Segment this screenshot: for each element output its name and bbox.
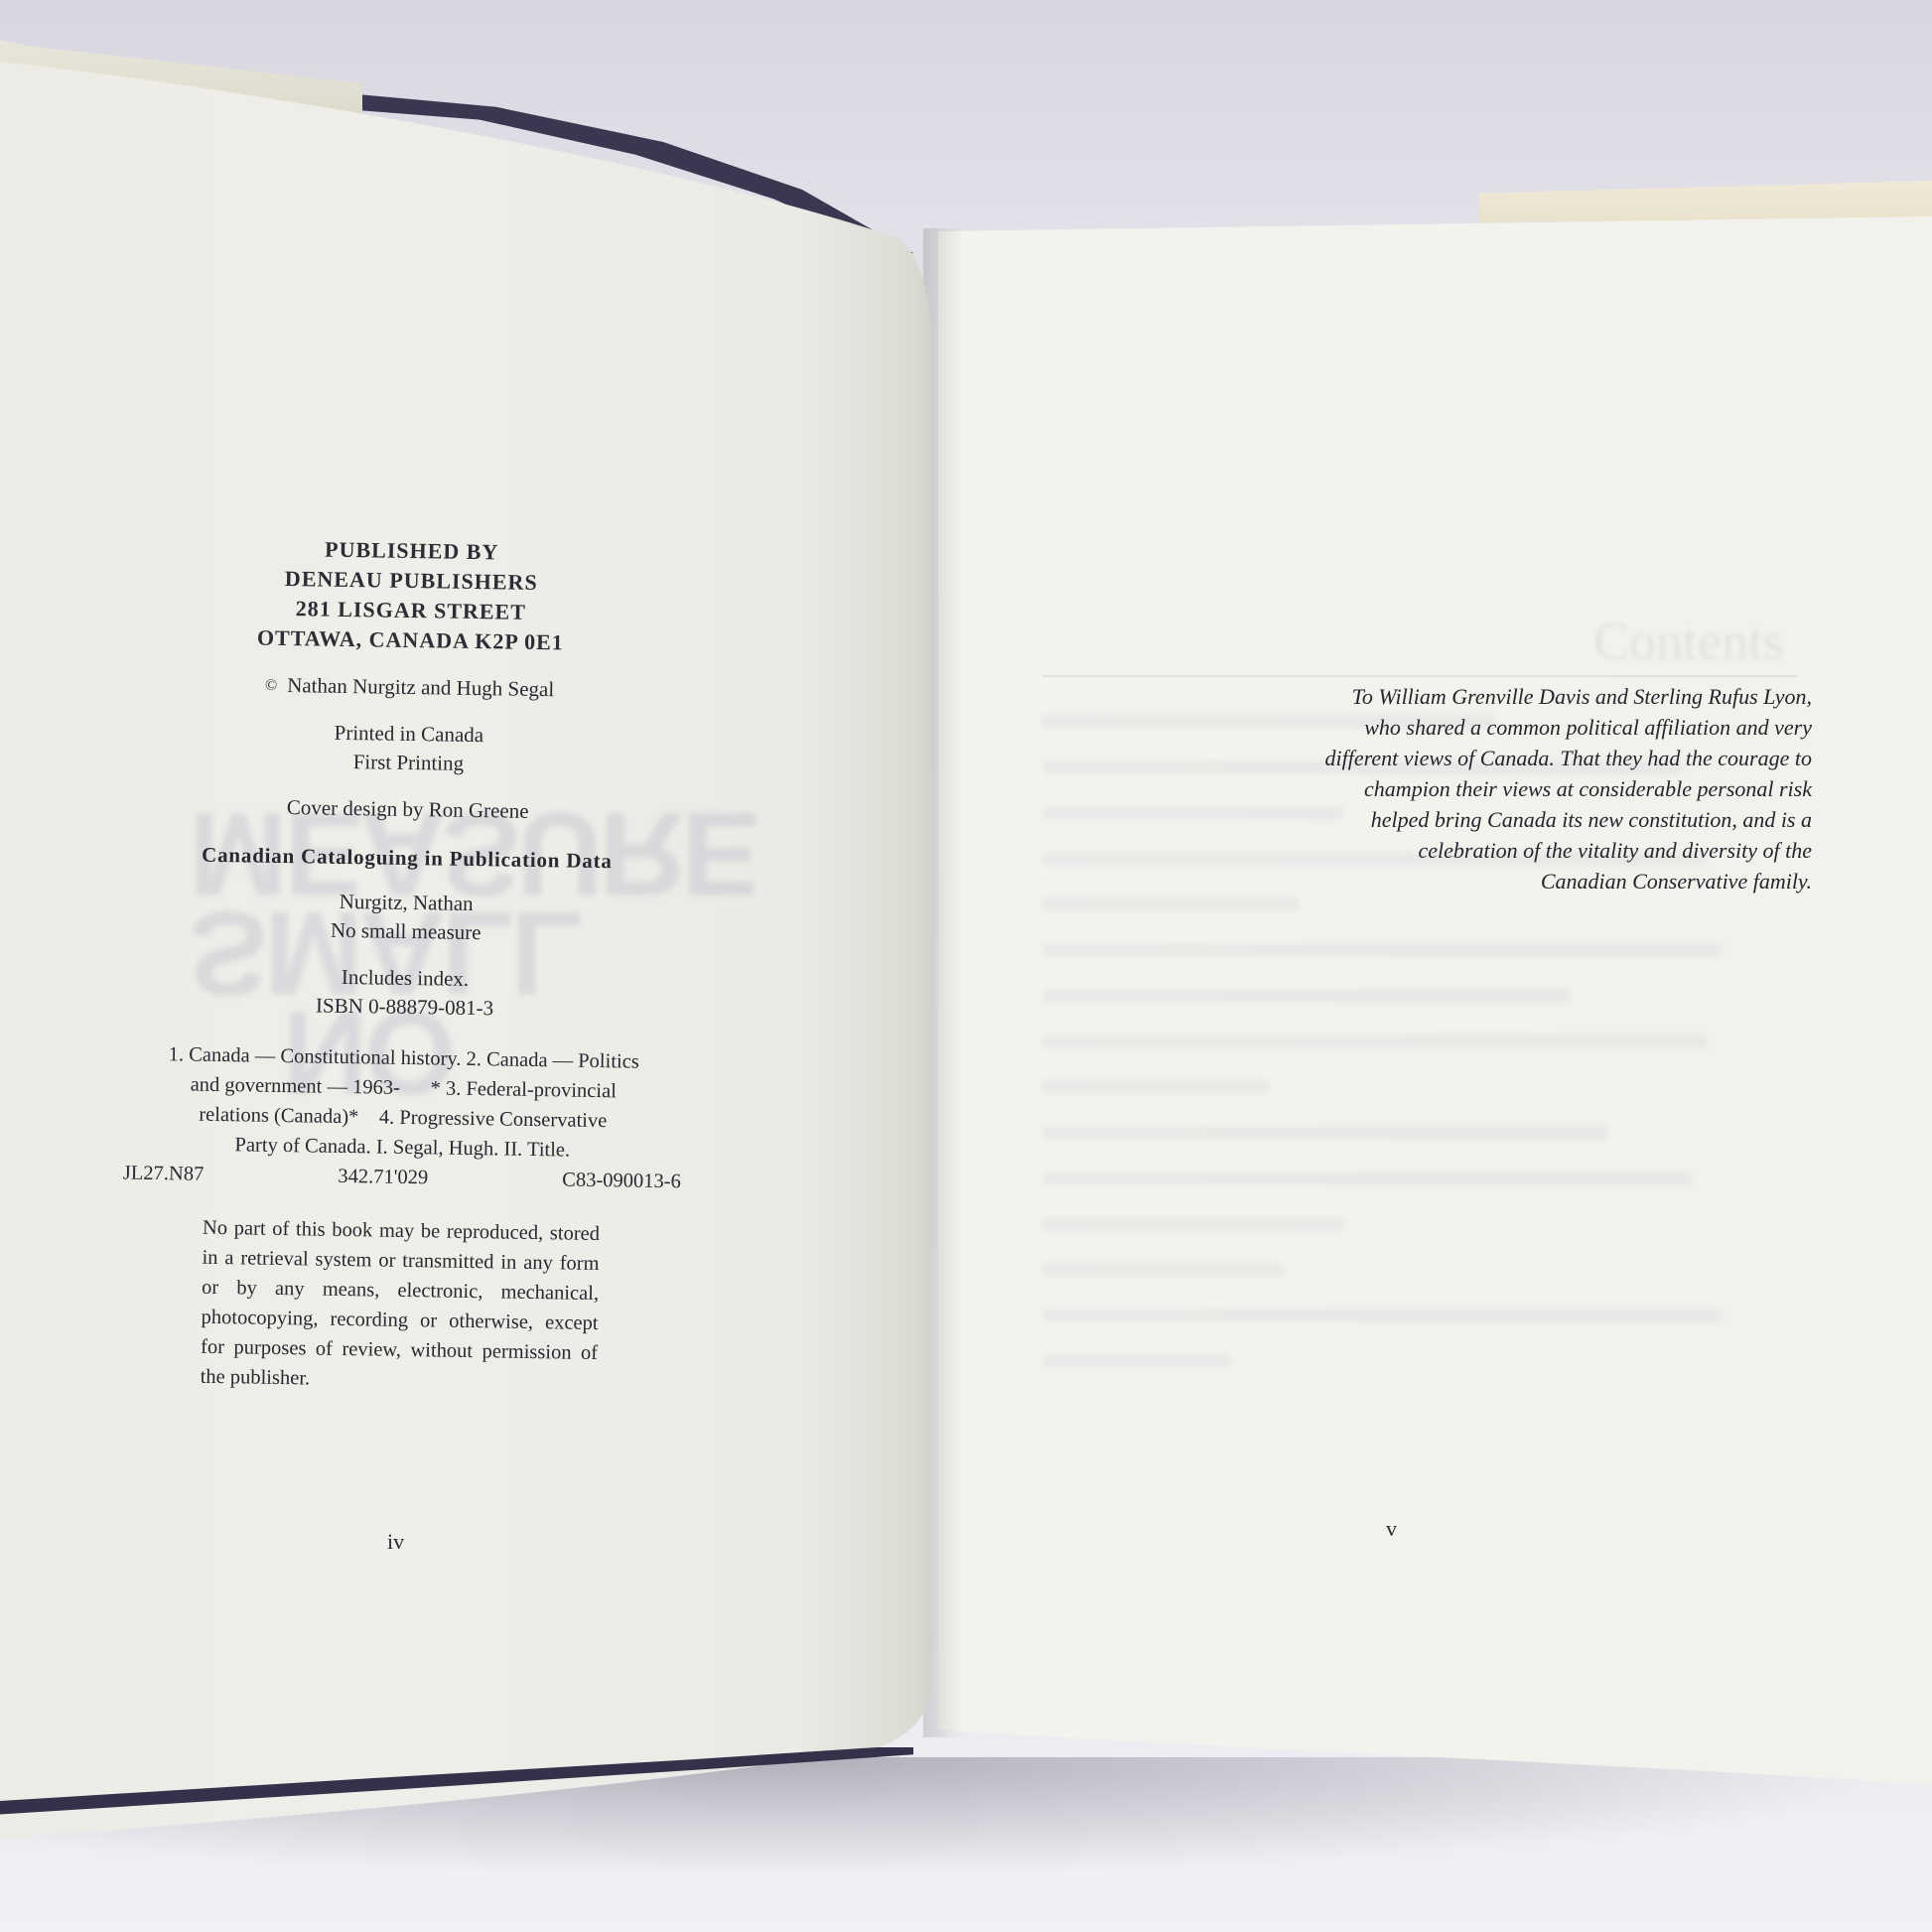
cip-control-number: C83-090013-6 xyxy=(562,1165,681,1196)
printing-info: Printed in Canada First Printing xyxy=(105,715,712,782)
copyright-notice: ©Nathan Nurgitz and Hugh Segal xyxy=(106,668,712,707)
dedication-line: who shared a common political affiliatio… xyxy=(1142,712,1812,743)
dewey-number: 342.71'029 xyxy=(338,1162,428,1192)
dedication-line: champion their views at considerable per… xyxy=(1142,773,1812,804)
cip-heading: Canadian Cataloguing in Publication Data xyxy=(104,841,710,876)
dedication-line: celebration of the vitality and diversit… xyxy=(1142,835,1812,866)
page-number-right: v xyxy=(1386,1516,1397,1542)
cover-credit: Cover design by Ron Greene xyxy=(104,790,710,829)
dedication-line: To William Grenville Davis and Sterling … xyxy=(1142,681,1812,712)
copyright-holders: Nathan Nurgitz and Hugh Segal xyxy=(287,673,554,701)
cip-subjects: 1. Canada — Constitutional history. 2. C… xyxy=(99,1038,707,1197)
endpaper-strip xyxy=(1479,181,1932,222)
dedication-line: helped bring Canada its new constitution… xyxy=(1142,804,1812,835)
lc-number: JL27.N87 xyxy=(123,1159,205,1189)
rights-notice: No part of this book may be reproduced, … xyxy=(200,1213,600,1398)
dedication: To William Grenville Davis and Sterling … xyxy=(1142,681,1812,897)
copyright-page-text: PUBLISHED BY DENEAU PUBLISHERS 281 LISGA… xyxy=(95,531,715,1399)
book-photo: Contents To William Grenville Davis and … xyxy=(0,0,1932,1932)
cip-isbn-block: Includes index. ISBN 0-88879-081-3 xyxy=(101,959,708,1027)
publisher-block: PUBLISHED BY DENEAU PUBLISHERS 281 LISGA… xyxy=(107,531,715,660)
cip-author-title: Nurgitz, Nathan No small measure xyxy=(103,884,710,951)
ghost-rule xyxy=(1042,675,1797,677)
ghost-contents-heading: Contents xyxy=(1593,611,1784,672)
page-number-left: iv xyxy=(387,1529,404,1555)
copyright-symbol-icon: © xyxy=(265,677,277,694)
dedication-line: different views of Canada. That they had… xyxy=(1142,743,1812,773)
dedication-line: Canadian Conservative family. xyxy=(1142,866,1812,897)
